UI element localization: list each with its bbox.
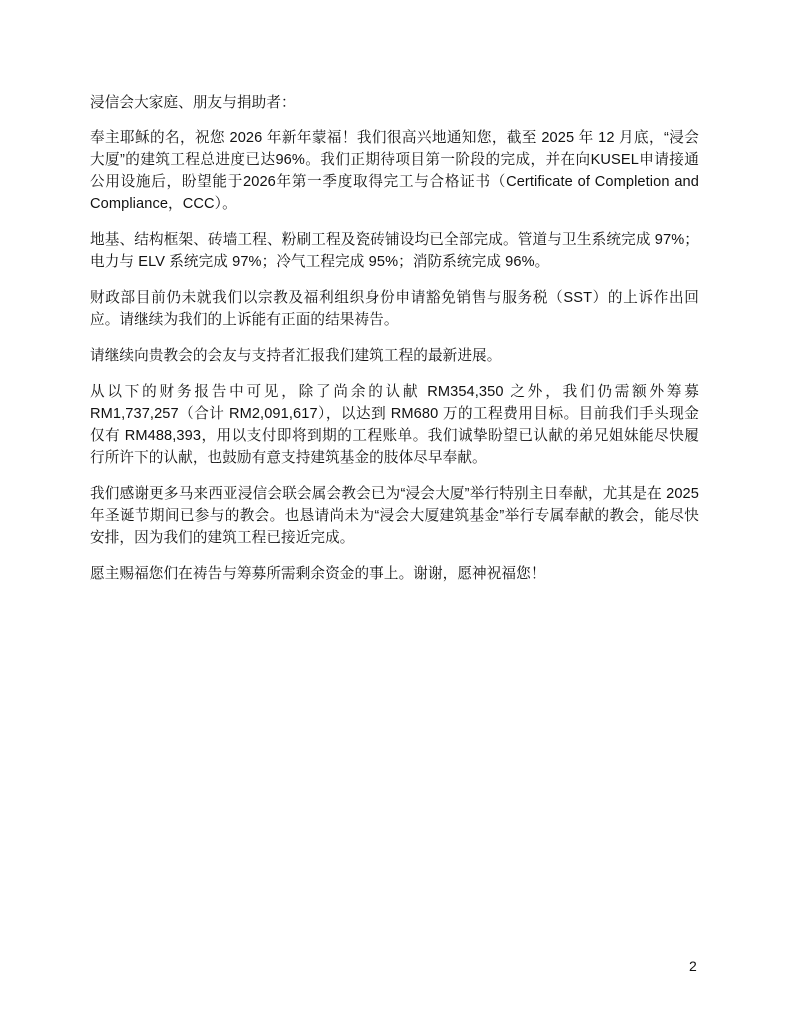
paragraph-blessing: 愿主赐福您们在祷告与筹募所需剩余资金的事上。谢谢，愿神祝福您！ — [90, 563, 699, 585]
paragraph-new-year-progress: 奉主耶稣的名，祝您 2026 年新年蒙福！我们很高兴地通知您，截至 2025 年… — [90, 127, 699, 215]
paragraph-thanks-churches: 我们感谢更多马来西亚浸信会联会属会教会已为“浸会大厦”举行特别主日奉献，尤其是在… — [90, 483, 699, 549]
paragraph-sst-appeal: 财政部目前仍未就我们以宗教及福利组织身份申请豁免销售与服务税（SST）的上诉作出… — [90, 287, 699, 331]
paragraph-financial-report: 从以下的财务报告中可见，除了尚余的认献 RM354,350 之外，我们仍需额外筹… — [90, 381, 699, 469]
page-number: 2 — [689, 958, 697, 974]
paragraph-construction-status: 地基、结构框架、砖墙工程、粉刷工程及瓷砖铺设均已全部完成。管道与卫生系统完成 9… — [90, 229, 699, 273]
paragraph-update-request: 请继续向贵教会的会友与支持者汇报我们建筑工程的最新进展。 — [90, 345, 699, 367]
letter-body: 浸信会大家庭、朋友与捐助者： 奉主耶稣的名，祝您 2026 年新年蒙福！我们很高… — [90, 92, 699, 599]
greeting: 浸信会大家庭、朋友与捐助者： — [90, 92, 699, 114]
